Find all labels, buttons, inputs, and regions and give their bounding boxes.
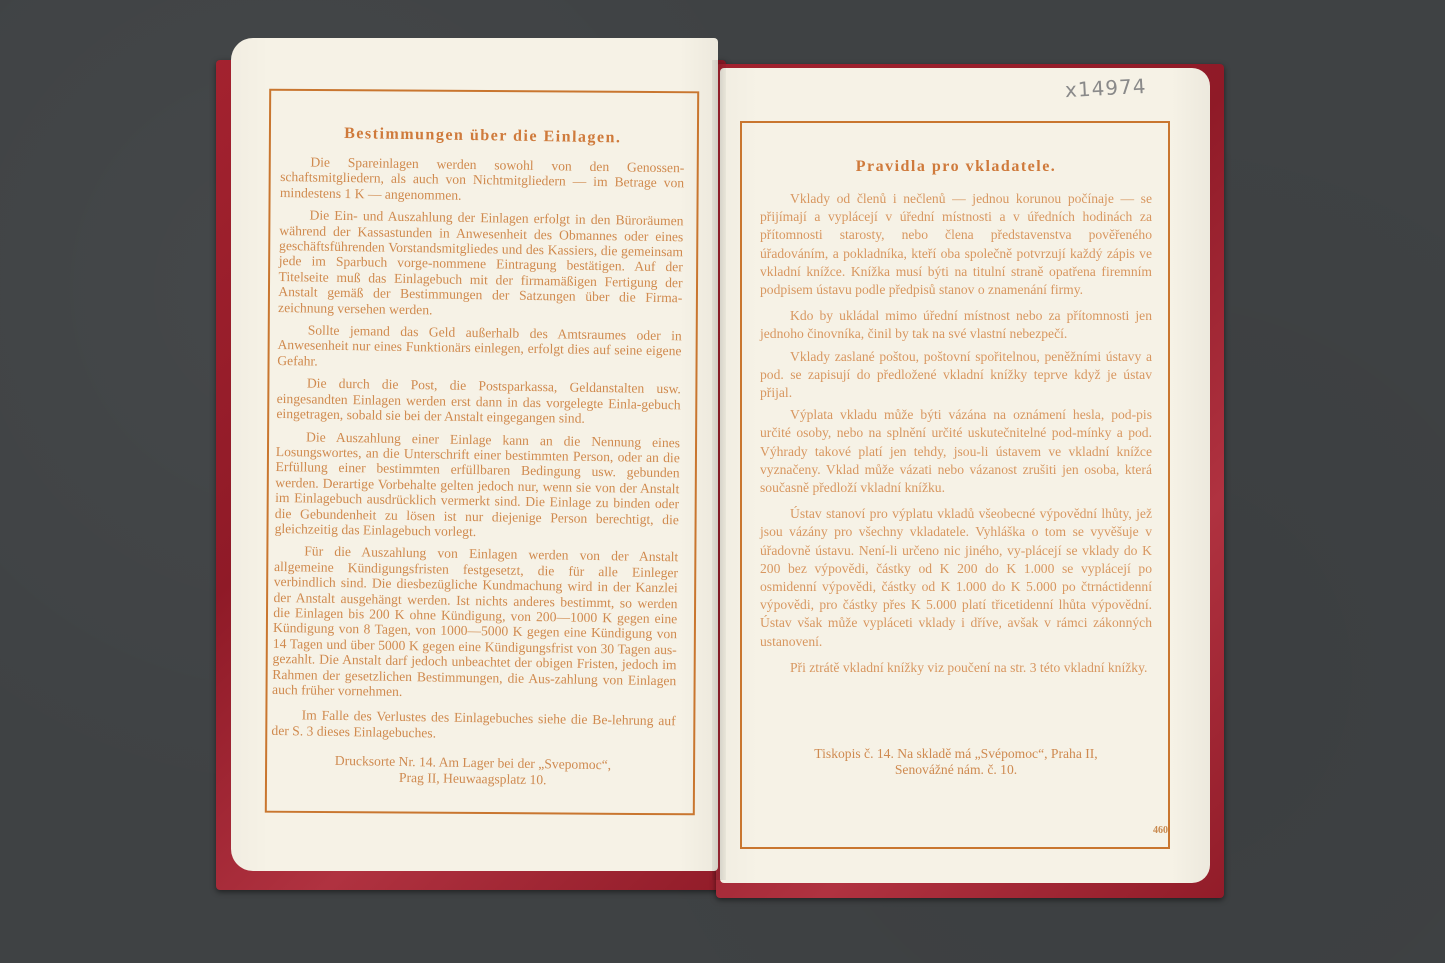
book-spine-gutter [712, 60, 726, 880]
right-page-imprint: Tiskopis č. 14. Na skladě má „Svépomoc“,… [760, 746, 1152, 778]
right-page-title: Pravidla pro vkladatele. [760, 158, 1152, 176]
left-paragraph: Die Ein- und Auszahlung der Einlagen erf… [278, 207, 684, 321]
pencil-inventory-note: x14974 [1064, 74, 1147, 102]
right-paragraph: Kdo by ukládal mimo úřední místnost nebo… [760, 307, 1152, 343]
right-imprint-line-2: Senovážné nám. č. 10. [760, 762, 1152, 778]
left-paragraph: Die Auszahlung einer Einlage kann an die… [275, 428, 681, 542]
right-page-content: Pravidla pro vkladatele. Vklady od členů… [760, 158, 1152, 681]
left-page: Bestimmungen über die Einlagen. Die Spar… [231, 38, 718, 871]
left-paragraph: Für die Auszahlung von Einlagen werden v… [272, 543, 678, 703]
left-paragraph: Die durch die Post, die Postsparkassa, G… [276, 375, 681, 428]
left-paragraph: Sollte jemand das Geld außerhalb des Amt… [277, 322, 682, 375]
right-paragraph: Vklady od členů i nečlenů — jednou korun… [760, 190, 1152, 299]
left-paragraph: Im Falle des Verlustes des Einlagebuches… [271, 707, 675, 744]
right-page-body: Vklady od členů i nečlenů — jednou korun… [760, 190, 1152, 677]
left-page-content: Bestimmungen über die Einlagen. Die Spar… [271, 124, 685, 790]
right-paragraph: Výplata vkladu může býti vázána na oznám… [760, 406, 1152, 497]
right-paragraph: Ústav stanoví pro výplatu vkladů všeobec… [760, 505, 1152, 651]
right-paragraph: Při ztrátě vkladní knížky viz poučení na… [760, 659, 1152, 677]
left-page-imprint: Drucksorte Nr. 14. Am Lager bei der „Sve… [271, 752, 675, 790]
right-imprint-line-1: Tiskopis č. 14. Na skladě má „Svépomoc“,… [760, 746, 1152, 762]
right-page: x14974 Pravidla pro vkladatele. Vklady o… [720, 68, 1210, 883]
page-number: 460 [1153, 825, 1168, 836]
right-paragraph: Vklady zaslané poštou, poštovní spořitel… [760, 348, 1152, 403]
left-paragraph: Die Spareinlagen werden sowohl von den G… [280, 154, 685, 207]
left-page-body: Die Spareinlagen werden sowohl von den G… [271, 154, 684, 744]
